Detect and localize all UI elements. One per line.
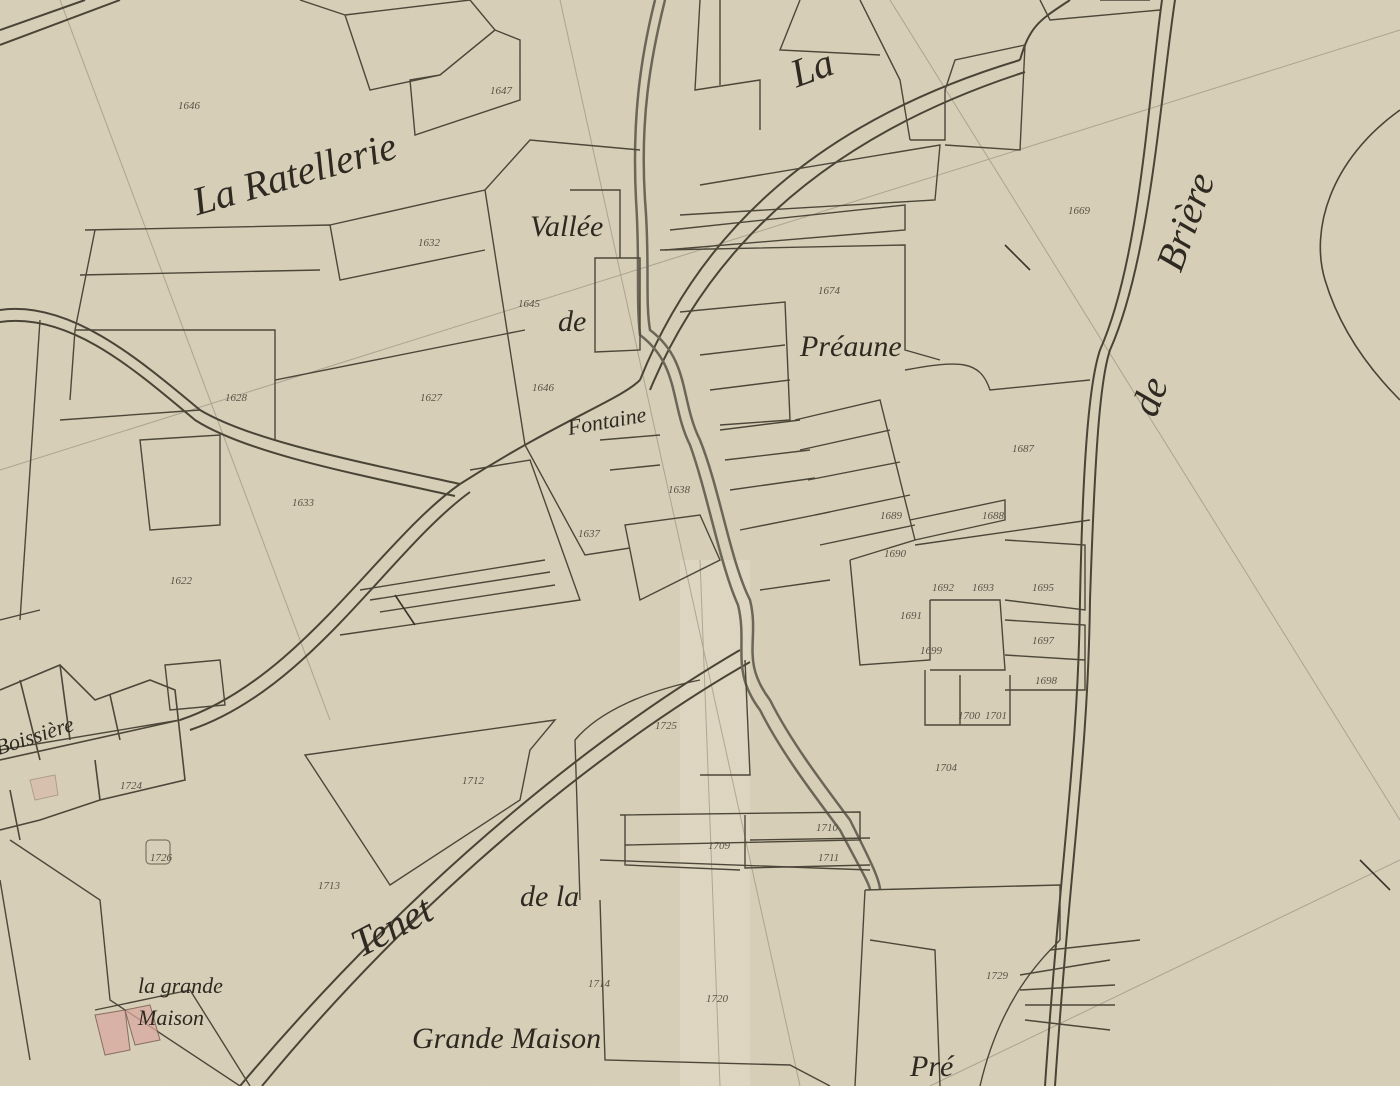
parcel-number: 1688 [982,510,1004,522]
parcel-number: 1627 [420,392,442,404]
parcel-number: 1691 [900,610,922,622]
place-label-de: de [558,305,586,339]
parcel-number: 1710 [816,822,838,834]
parcel-number: 1713 [318,880,340,892]
parcel-number: 1690 [884,548,906,560]
parcel-number: 1704 [935,762,957,774]
parcel-number: 1726 [150,852,172,864]
place-label-pre: Pré [910,1050,953,1084]
parcel-number: 1646 [178,100,200,112]
parcel-number: 1622 [170,575,192,587]
parcel-number: 1729 [986,970,1008,982]
parcel-number: 1695 [1032,582,1054,594]
parcel-number: 1628 [225,392,247,404]
parcel-number: 1674 [818,285,840,297]
parcel-number: 1709 [708,840,730,852]
place-label-la-grande-maison: la grande Maison [138,970,238,1034]
parcel-number: 1692 [932,582,954,594]
parcel-number: 1646 [532,382,554,394]
parcel-number: 1687 [1012,443,1034,455]
parcel-number: 1720 [706,993,728,1005]
parcel-number: 1714 [588,978,610,990]
parcel-number: 1638 [668,484,690,496]
parcel-number: 1724 [120,780,142,792]
parcel-number: 1699 [920,645,942,657]
place-label-grande-maison: Grande Maison [412,1022,601,1056]
parcel-number: 1689 [880,510,902,522]
parcel-number: 1697 [1032,635,1054,647]
place-label-de-la: de la [520,880,579,914]
page-margin [0,1086,1400,1100]
parcel-number: 1633 [292,497,314,509]
parcel-number: 1632 [418,237,440,249]
map-linework [0,0,1400,1086]
parcel-number: 1711 [818,852,839,864]
parcel-number: 1645 [518,298,540,310]
parcel-number: 1725 [655,720,677,732]
place-label-preaune: Préaune [800,330,902,364]
parcel-number: 1637 [578,528,600,540]
cadastral-map[interactable]: La Ratellerie Vallée de Préaune La Fonta… [0,0,1400,1086]
parcel-number: 1698 [1035,675,1057,687]
parcel-number: 1701 [985,710,1007,722]
parcel-number: 1647 [490,85,512,97]
place-label-vallee: Vallée [530,210,603,244]
parcel-number: 1669 [1068,205,1090,217]
parcel-number: 1693 [972,582,994,594]
parcel-number: 1700 [958,710,980,722]
parcel-number: 1712 [462,775,484,787]
